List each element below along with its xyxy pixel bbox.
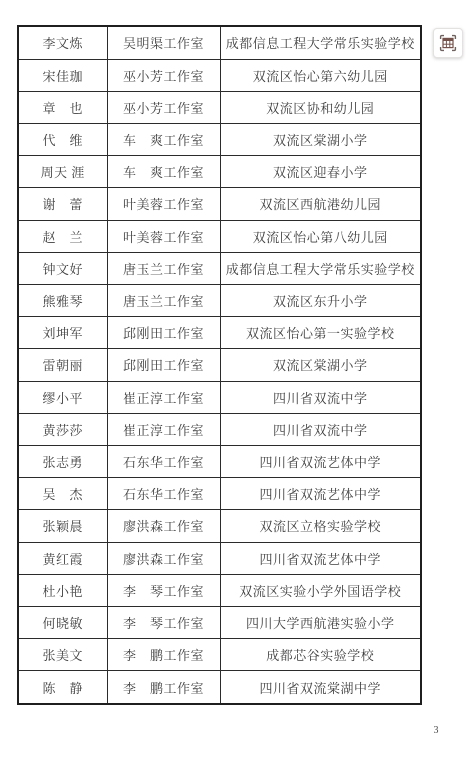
school-cell: 双流区立格实验学校 xyxy=(220,510,421,542)
name-cell: 陈 静 xyxy=(18,671,107,704)
name-cell: 张美文 xyxy=(18,639,107,671)
name-cell: 黄红霞 xyxy=(18,542,107,574)
table-row: 李文炼 吴明渠工作室 成都信息工程大学常乐实验学校 xyxy=(18,26,421,59)
table-capture-button[interactable] xyxy=(433,28,463,58)
name-cell: 宋佳珈 xyxy=(18,59,107,91)
name-cell: 赵 兰 xyxy=(18,220,107,252)
school-cell: 双流区实验小学外国语学校 xyxy=(220,574,421,606)
studio-cell: 巫小芳工作室 xyxy=(107,59,220,91)
studio-cell: 叶美蓉工作室 xyxy=(107,220,220,252)
name-cell: 缪小平 xyxy=(18,381,107,413)
name-cell: 吴 杰 xyxy=(18,478,107,510)
name-cell: 雷朝丽 xyxy=(18,349,107,381)
table-row: 黄莎莎 崔正淳工作室 四川省双流中学 xyxy=(18,413,421,445)
table-row: 缪小平 崔正淳工作室 四川省双流中学 xyxy=(18,381,421,413)
studio-cell: 李 琴工作室 xyxy=(107,606,220,638)
studio-cell: 李 鹏工作室 xyxy=(107,639,220,671)
school-cell: 成都信息工程大学常乐实验学校 xyxy=(220,252,421,284)
studio-cell: 李 琴工作室 xyxy=(107,574,220,606)
table-row: 张美文 李 鹏工作室 成都芯谷实验学校 xyxy=(18,639,421,671)
name-cell: 钟文好 xyxy=(18,252,107,284)
table-row: 黄红霞 廖洪森工作室 四川省双流艺体中学 xyxy=(18,542,421,574)
name-cell: 李文炼 xyxy=(18,26,107,59)
table-row: 陈 静 李 鹏工作室 四川省双流棠湖中学 xyxy=(18,671,421,704)
studio-cell: 石东华工作室 xyxy=(107,478,220,510)
studio-cell: 李 鹏工作室 xyxy=(107,671,220,704)
name-cell: 周天 涯 xyxy=(18,156,107,188)
table-row: 章 也 巫小芳工作室 双流区协和幼儿园 xyxy=(18,91,421,123)
school-cell: 双流区怡心第六幼儿园 xyxy=(220,59,421,91)
name-cell: 何晓敏 xyxy=(18,606,107,638)
table-row: 张志勇 石东华工作室 四川省双流艺体中学 xyxy=(18,445,421,477)
page-number: 3 xyxy=(430,725,442,736)
school-cell: 双流区西航港幼儿园 xyxy=(220,188,421,220)
table-row: 何晓敏 李 琴工作室 四川大学西航港实验小学 xyxy=(18,606,421,638)
school-cell: 四川大学西航港实验小学 xyxy=(220,606,421,638)
school-cell: 四川省双流棠湖中学 xyxy=(220,671,421,704)
school-cell: 双流区怡心第一实验学校 xyxy=(220,317,421,349)
school-cell: 双流区棠湖小学 xyxy=(220,123,421,155)
name-cell: 刘坤军 xyxy=(18,317,107,349)
school-cell: 双流区怡心第八幼儿园 xyxy=(220,220,421,252)
table-row: 雷朝丽 邱刚田工作室 双流区棠湖小学 xyxy=(18,349,421,381)
school-cell: 双流区协和幼儿园 xyxy=(220,91,421,123)
table-row: 刘坤军 邱刚田工作室 双流区怡心第一实验学校 xyxy=(18,317,421,349)
studio-cell: 廖洪森工作室 xyxy=(107,542,220,574)
table-row: 谢 蕾 叶美蓉工作室 双流区西航港幼儿园 xyxy=(18,188,421,220)
studio-cell: 石东华工作室 xyxy=(107,445,220,477)
roster-table-body: 李文炼 吴明渠工作室 成都信息工程大学常乐实验学校 宋佳珈 巫小芳工作室 双流区… xyxy=(18,26,421,704)
studio-cell: 叶美蓉工作室 xyxy=(107,188,220,220)
school-cell: 四川省双流艺体中学 xyxy=(220,478,421,510)
studio-cell: 廖洪森工作室 xyxy=(107,510,220,542)
studio-cell: 车 爽工作室 xyxy=(107,123,220,155)
school-cell: 四川省双流中学 xyxy=(220,381,421,413)
school-cell: 成都信息工程大学常乐实验学校 xyxy=(220,26,421,59)
studio-cell: 巫小芳工作室 xyxy=(107,91,220,123)
studio-cell: 吴明渠工作室 xyxy=(107,26,220,59)
name-cell: 杜小艳 xyxy=(18,574,107,606)
school-cell: 四川省双流中学 xyxy=(220,413,421,445)
table-row: 代 维 车 爽工作室 双流区棠湖小学 xyxy=(18,123,421,155)
studio-cell: 崔正淳工作室 xyxy=(107,381,220,413)
studio-cell: 邱刚田工作室 xyxy=(107,349,220,381)
name-cell: 张志勇 xyxy=(18,445,107,477)
school-cell: 双流区东升小学 xyxy=(220,284,421,316)
table-row: 吴 杰 石东华工作室 四川省双流艺体中学 xyxy=(18,478,421,510)
table-row: 杜小艳 李 琴工作室 双流区实验小学外国语学校 xyxy=(18,574,421,606)
school-cell: 四川省双流艺体中学 xyxy=(220,445,421,477)
studio-cell: 车 爽工作室 xyxy=(107,156,220,188)
school-cell: 双流区棠湖小学 xyxy=(220,349,421,381)
table-row: 熊雅琴 唐玉兰工作室 双流区东升小学 xyxy=(18,284,421,316)
table-row: 宋佳珈 巫小芳工作室 双流区怡心第六幼儿园 xyxy=(18,59,421,91)
studio-cell: 邱刚田工作室 xyxy=(107,317,220,349)
studio-cell: 唐玉兰工作室 xyxy=(107,252,220,284)
table-row: 张颖晨 廖洪森工作室 双流区立格实验学校 xyxy=(18,510,421,542)
table-row: 赵 兰 叶美蓉工作室 双流区怡心第八幼儿园 xyxy=(18,220,421,252)
table-row: 周天 涯 车 爽工作室 双流区迎春小学 xyxy=(18,156,421,188)
name-cell: 代 维 xyxy=(18,123,107,155)
school-cell: 双流区迎春小学 xyxy=(220,156,421,188)
studio-cell: 崔正淳工作室 xyxy=(107,413,220,445)
school-cell: 四川省双流艺体中学 xyxy=(220,542,421,574)
name-cell: 谢 蕾 xyxy=(18,188,107,220)
school-cell: 成都芯谷实验学校 xyxy=(220,639,421,671)
name-cell: 熊雅琴 xyxy=(18,284,107,316)
document-page: 李文炼 吴明渠工作室 成都信息工程大学常乐实验学校 宋佳珈 巫小芳工作室 双流区… xyxy=(0,0,475,759)
name-cell: 黄莎莎 xyxy=(18,413,107,445)
table-capture-icon xyxy=(438,33,458,53)
table-row: 钟文好 唐玉兰工作室 成都信息工程大学常乐实验学校 xyxy=(18,252,421,284)
name-cell: 章 也 xyxy=(18,91,107,123)
name-cell: 张颖晨 xyxy=(18,510,107,542)
studio-cell: 唐玉兰工作室 xyxy=(107,284,220,316)
roster-table: 李文炼 吴明渠工作室 成都信息工程大学常乐实验学校 宋佳珈 巫小芳工作室 双流区… xyxy=(17,25,422,705)
